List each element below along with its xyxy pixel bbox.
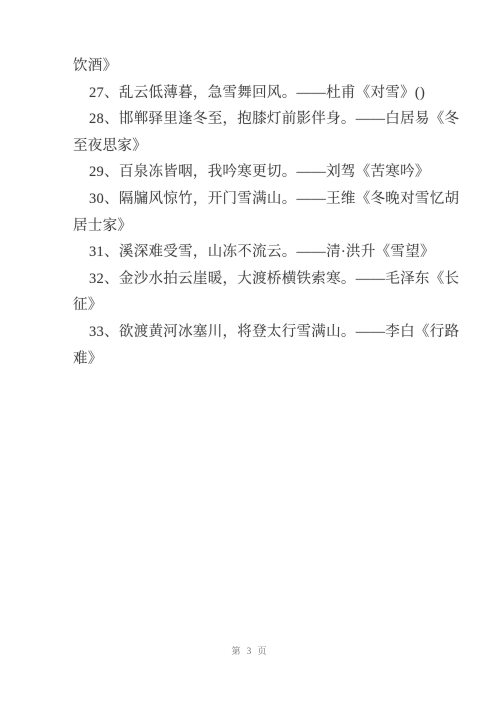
text-line: 征》 [73,292,453,319]
text-line: 30、隔牖风惊竹，开门雪满山。——王维《冬晚对雪忆胡 [73,186,453,213]
text-line: 27、乱云低薄暮，急雪舞回风。——杜甫《对雪》() [73,80,453,107]
text-line: 32、金沙水拍云崖暖，大渡桥横铁索寒。——毛泽东《长 [73,266,453,293]
text-line: 难》 [73,346,453,373]
text-line: 29、百泉冻皆咽，我吟寒更切。——刘驾《苦寒吟》 [73,159,453,186]
text-line: 至夜思家》 [73,133,453,160]
page-number-footer: 第 3 页 [0,644,500,657]
document-lines: 饮酒》27、乱云低薄暮，急雪舞回风。——杜甫《对雪》()28、邯郸驿里逢冬至，抱… [73,53,453,372]
text-line: 28、邯郸驿里逢冬至，抱膝灯前影伴身。——白居易《冬 [73,106,453,133]
text-line: 33、欲渡黄河冰塞川，将登太行雪满山。——李白《行路 [73,319,453,346]
text-line: 31、溪深难受雪，山冻不流云。——清·洪升《雪望》 [73,239,453,266]
text-line: 居士家》 [73,213,453,240]
text-line: 饮酒》 [73,53,453,80]
document-page: 饮酒》27、乱云低薄暮，急雪舞回风。——杜甫《对雪》()28、邯郸驿里逢冬至，抱… [0,0,500,708]
